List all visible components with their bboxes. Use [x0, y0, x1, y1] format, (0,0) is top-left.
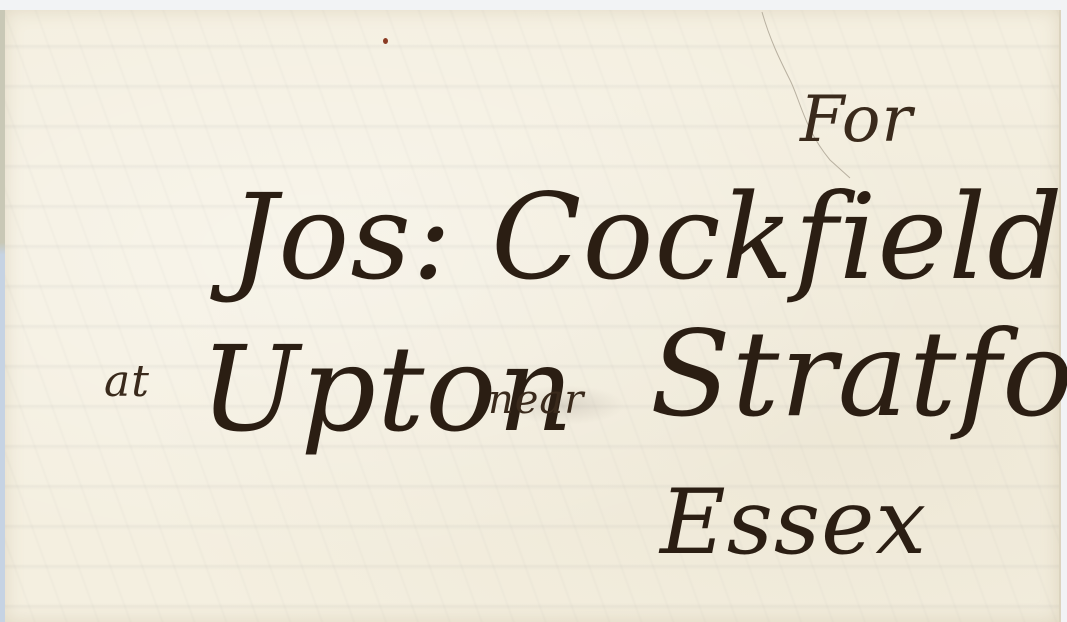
- scanned-letter-cover: For Jos: Cockfield at Upton near Stratfo…: [0, 0, 1067, 622]
- address-salutation: For: [800, 88, 913, 152]
- address-prefix: at: [104, 360, 150, 404]
- recipient-name: Jos: Cockfield: [230, 178, 1064, 296]
- address-county: Essex: [660, 478, 927, 568]
- address-city: Stratford: [650, 315, 1067, 433]
- ink-spot: [383, 38, 388, 44]
- address-connector: near: [488, 380, 584, 420]
